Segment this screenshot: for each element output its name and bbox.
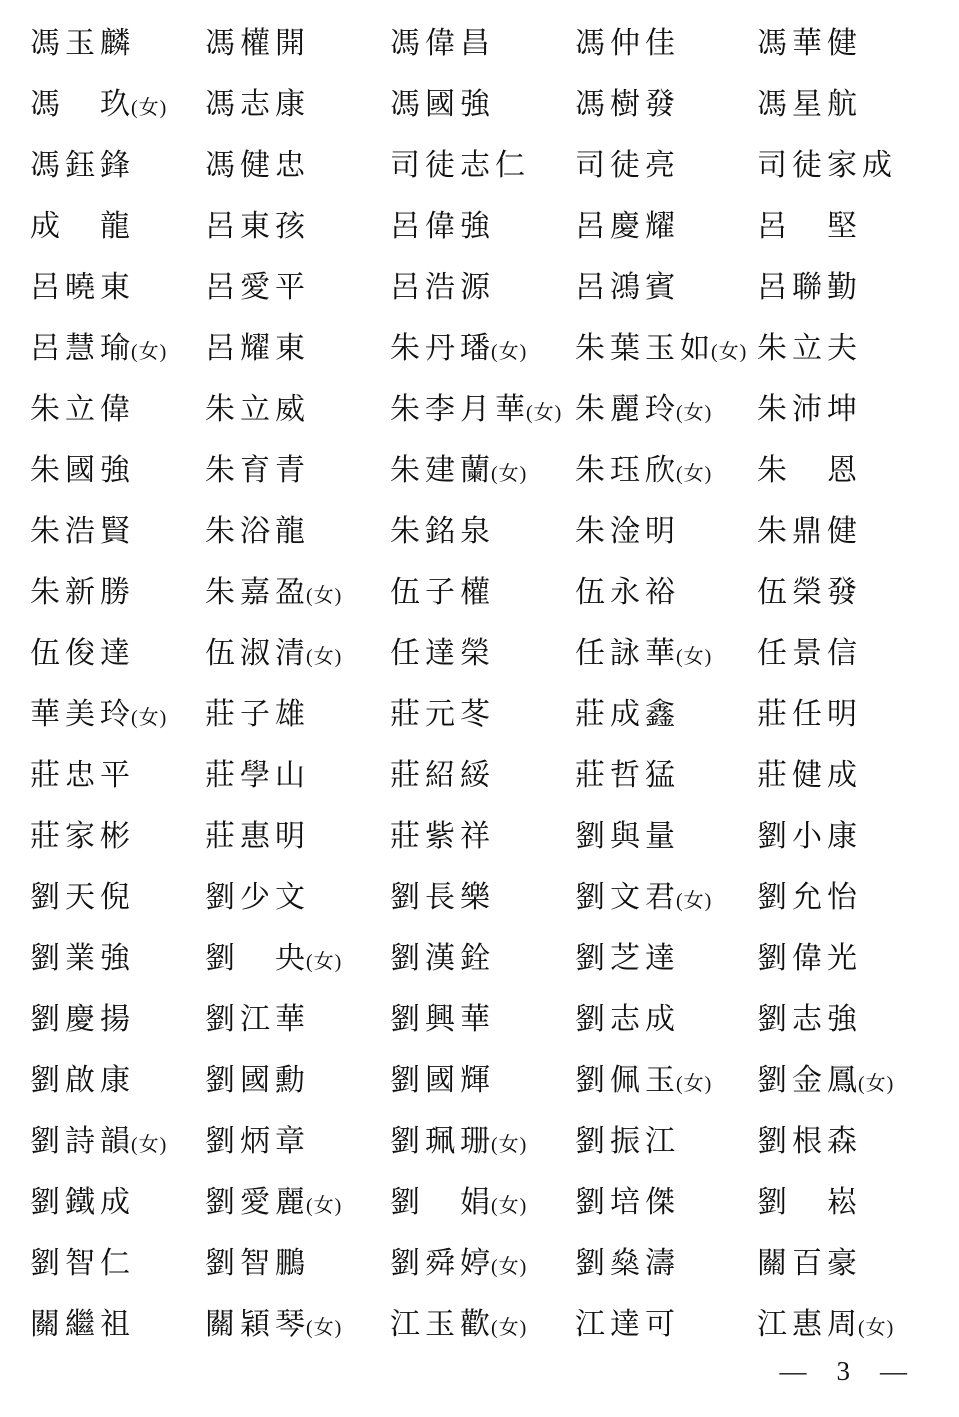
name-cell: 劉炳章 xyxy=(205,1116,390,1160)
person-name: 朱建蘭 xyxy=(390,454,495,487)
person-name: 馮華健 xyxy=(757,27,862,60)
person-name: 劉培傑 xyxy=(575,1186,680,1219)
female-marker: (女) xyxy=(306,646,342,668)
name-cell: 馮華健 xyxy=(757,18,959,62)
name-cell: 司徒亮 xyxy=(575,140,757,184)
name-cell: 呂慧瑜(女) xyxy=(30,323,205,367)
name-row: 劉鐵成劉愛麗(女)劉 娟(女)劉培傑劉 崧 xyxy=(30,1168,959,1229)
name-row: 劉啟康劉國勳劉國輝劉佩玉(女)劉金鳳(女) xyxy=(30,1046,959,1107)
name-cell: 朱建蘭(女) xyxy=(390,445,575,489)
female-marker: (女) xyxy=(491,1134,527,1156)
person-name: 劉金鳳 xyxy=(757,1064,862,1097)
name-row: 朱新勝朱嘉盈(女)伍子權伍永裕伍榮發 xyxy=(30,558,959,619)
name-cell: 朱浴龍 xyxy=(205,506,390,550)
person-name: 伍子權 xyxy=(390,576,495,609)
person-name: 江玉歡 xyxy=(390,1308,495,1341)
name-cell: 劉小康 xyxy=(757,811,959,855)
name-cell: 劉愛麗(女) xyxy=(205,1177,390,1221)
person-name: 馮健忠 xyxy=(205,149,310,182)
name-cell: 莊元苳 xyxy=(390,689,575,733)
person-name: 任達榮 xyxy=(390,637,495,670)
person-name: 劉啟康 xyxy=(30,1064,135,1097)
person-name: 呂慶耀 xyxy=(575,210,680,243)
name-cell: 呂慶耀 xyxy=(575,201,757,245)
person-name: 劉長樂 xyxy=(390,881,495,914)
name-cell: 關百豪 xyxy=(757,1238,959,1282)
person-name: 朱鼎健 xyxy=(757,515,862,548)
person-name: 朱立威 xyxy=(205,393,310,426)
person-name: 江惠周 xyxy=(757,1308,862,1341)
name-cell: 劉 崧 xyxy=(757,1177,959,1221)
name-cell: 劉江華 xyxy=(205,994,390,1038)
person-name: 莊忠平 xyxy=(30,759,135,792)
name-cell: 朱丹璠(女) xyxy=(390,323,575,367)
person-name: 伍俊達 xyxy=(30,637,135,670)
person-name: 呂聯勤 xyxy=(757,271,862,304)
female-marker: (女) xyxy=(676,402,712,424)
name-cell: 伍淑清(女) xyxy=(205,628,390,672)
name-cell: 劉 娟(女) xyxy=(390,1177,575,1221)
person-name: 呂耀東 xyxy=(205,332,310,365)
person-name: 劉詩韻 xyxy=(30,1125,135,1158)
female-marker: (女) xyxy=(491,1317,527,1339)
female-marker: (女) xyxy=(491,1195,527,1217)
name-cell: 朱麗玲(女) xyxy=(575,384,757,428)
name-cell: 呂鴻賓 xyxy=(575,262,757,306)
name-cell: 馮仲佳 xyxy=(575,18,757,62)
name-cell: 伍俊達 xyxy=(30,628,205,672)
person-name: 司徒志仁 xyxy=(390,149,530,182)
name-cell: 伍榮發 xyxy=(757,567,959,611)
name-cell: 司徒志仁 xyxy=(390,140,575,184)
person-name: 劉燊濤 xyxy=(575,1247,680,1280)
name-cell: 馮健忠 xyxy=(205,140,390,184)
person-name: 劉舜婷 xyxy=(390,1247,495,1280)
name-cell: 劉國輝 xyxy=(390,1055,575,1099)
name-row: 華美玲(女)莊子雄莊元苳莊成鑫莊任明 xyxy=(30,680,959,741)
person-name: 江達可 xyxy=(575,1308,680,1341)
name-cell: 劉文君(女) xyxy=(575,872,757,916)
name-cell: 呂曉東 xyxy=(30,262,205,306)
name-cell: 朱立威 xyxy=(205,384,390,428)
name-cell: 朱鼎健 xyxy=(757,506,959,550)
person-name: 朱李月華 xyxy=(390,393,530,426)
person-name: 馮國強 xyxy=(390,88,495,121)
name-cell: 馮星航 xyxy=(757,79,959,123)
female-marker: (女) xyxy=(491,1256,527,1278)
name-cell: 莊子雄 xyxy=(205,689,390,733)
person-name: 朱銘泉 xyxy=(390,515,495,548)
name-cell: 劉興華 xyxy=(390,994,575,1038)
person-name: 司徒亮 xyxy=(575,149,680,182)
name-cell: 劉根森 xyxy=(757,1116,959,1160)
name-row: 劉智仁劉智鵬劉舜婷(女)劉燊濤關百豪 xyxy=(30,1229,959,1290)
name-row: 劉慶揚劉江華劉興華劉志成劉志強 xyxy=(30,985,959,1046)
name-row: 馮玉麟馮權開馮偉昌馮仲佳馮華健 xyxy=(30,9,959,70)
person-name: 馮 玖 xyxy=(30,88,135,121)
female-marker: (女) xyxy=(306,1195,342,1217)
person-name: 莊學山 xyxy=(205,759,310,792)
name-cell: 劉培傑 xyxy=(575,1177,757,1221)
person-name: 劉志強 xyxy=(757,1003,862,1036)
name-cell: 呂愛平 xyxy=(205,262,390,306)
name-row: 莊家彬莊惠明莊紫祥劉與量劉小康 xyxy=(30,802,959,863)
name-row: 朱浩賢朱浴龍朱銘泉朱淦明朱鼎健 xyxy=(30,497,959,558)
person-name: 劉志成 xyxy=(575,1003,680,1036)
person-name: 劉智鵬 xyxy=(205,1247,310,1280)
name-cell: 司徒家成 xyxy=(757,140,959,184)
name-cell: 莊紹綏 xyxy=(390,750,575,794)
name-cell: 朱葉玉如(女) xyxy=(575,323,757,367)
person-name: 馮鈺鋒 xyxy=(30,149,135,182)
person-name: 莊元苳 xyxy=(390,698,495,731)
name-cell: 莊家彬 xyxy=(30,811,205,855)
female-marker: (女) xyxy=(131,707,167,729)
person-name: 劉天倪 xyxy=(30,881,135,914)
person-name: 莊健成 xyxy=(757,759,862,792)
person-name: 莊紹綏 xyxy=(390,759,495,792)
person-name: 呂曉東 xyxy=(30,271,135,304)
footer-right-dash: — xyxy=(880,1356,907,1387)
name-cell: 伍永裕 xyxy=(575,567,757,611)
page-footer: — 3 — xyxy=(780,1356,908,1387)
person-name: 呂鴻賓 xyxy=(575,271,680,304)
person-name: 華美玲 xyxy=(30,698,135,731)
name-cell: 馮 玖(女) xyxy=(30,79,205,123)
person-name: 劉國輝 xyxy=(390,1064,495,1097)
female-marker: (女) xyxy=(306,585,342,607)
person-name: 劉興華 xyxy=(390,1003,495,1036)
name-cell: 朱嘉盈(女) xyxy=(205,567,390,611)
name-cell: 呂東孩 xyxy=(205,201,390,245)
name-cell: 劉鐵成 xyxy=(30,1177,205,1221)
person-name: 劉珮珊 xyxy=(390,1125,495,1158)
person-name: 呂慧瑜 xyxy=(30,332,135,365)
name-row: 關繼祖關穎琴(女)江玉歡(女)江達可江惠周(女) xyxy=(30,1290,959,1351)
person-name: 莊成鑫 xyxy=(575,698,680,731)
name-list-page: 馮玉麟馮權開馮偉昌馮仲佳馮華健馮 玖(女)馮志康馮國強馮樹發馮星航馮鈺鋒馮健忠司… xyxy=(0,0,959,1417)
person-name: 莊任明 xyxy=(757,698,862,731)
name-cell: 莊惠明 xyxy=(205,811,390,855)
person-name: 呂浩源 xyxy=(390,271,495,304)
name-cell: 江惠周(女) xyxy=(757,1299,959,1343)
name-cell: 莊成鑫 xyxy=(575,689,757,733)
name-row: 朱國強朱育青朱建蘭(女)朱珏欣(女)朱 恩 xyxy=(30,436,959,497)
name-cell: 劉啟康 xyxy=(30,1055,205,1099)
name-row: 呂慧瑜(女)呂耀東朱丹璠(女)朱葉玉如(女)朱立夫 xyxy=(30,314,959,375)
name-cell: 呂聯勤 xyxy=(757,262,959,306)
name-cell: 任達榮 xyxy=(390,628,575,672)
name-row: 成 龍呂東孩呂偉強呂慶耀呂 堅 xyxy=(30,192,959,253)
person-name: 劉與量 xyxy=(575,820,680,853)
person-name: 劉文君 xyxy=(575,881,680,914)
name-cell: 朱國強 xyxy=(30,445,205,489)
female-marker: (女) xyxy=(711,341,747,363)
person-name: 朱嘉盈 xyxy=(205,576,310,609)
female-marker: (女) xyxy=(676,1073,712,1095)
name-cell: 華美玲(女) xyxy=(30,689,205,733)
name-cell: 馮樹發 xyxy=(575,79,757,123)
person-name: 劉業強 xyxy=(30,942,135,975)
person-name: 馮權開 xyxy=(205,27,310,60)
name-cell: 任景信 xyxy=(757,628,959,672)
name-cell: 朱沛坤 xyxy=(757,384,959,428)
person-name: 朱 恩 xyxy=(757,454,862,487)
person-name: 成 龍 xyxy=(30,210,135,243)
name-cell: 伍子權 xyxy=(390,567,575,611)
person-name: 伍榮發 xyxy=(757,576,862,609)
name-cell: 朱立夫 xyxy=(757,323,959,367)
name-cell: 劉智鵬 xyxy=(205,1238,390,1282)
person-name: 伍淑清 xyxy=(205,637,310,670)
person-name: 劉少文 xyxy=(205,881,310,914)
name-row: 劉天倪劉少文劉長樂劉文君(女)劉允怡 xyxy=(30,863,959,924)
person-name: 劉小康 xyxy=(757,820,862,853)
person-name: 劉偉光 xyxy=(757,942,862,975)
person-name: 劉江華 xyxy=(205,1003,310,1036)
female-marker: (女) xyxy=(306,951,342,973)
name-cell: 莊哲猛 xyxy=(575,750,757,794)
person-name: 朱沛坤 xyxy=(757,393,862,426)
female-marker: (女) xyxy=(491,341,527,363)
name-cell: 朱李月華(女) xyxy=(390,384,575,428)
name-cell: 馮鈺鋒 xyxy=(30,140,205,184)
person-name: 劉 央 xyxy=(205,942,310,975)
name-cell: 劉與量 xyxy=(575,811,757,855)
person-name: 朱丹璠 xyxy=(390,332,495,365)
name-cell: 成 龍 xyxy=(30,201,205,245)
name-cell: 劉舜婷(女) xyxy=(390,1238,575,1282)
person-name: 呂 堅 xyxy=(757,210,862,243)
person-name: 莊家彬 xyxy=(30,820,135,853)
name-cell: 劉少文 xyxy=(205,872,390,916)
name-cell: 朱育青 xyxy=(205,445,390,489)
name-cell: 任詠華(女) xyxy=(575,628,757,672)
name-cell: 劉佩玉(女) xyxy=(575,1055,757,1099)
person-name: 馮星航 xyxy=(757,88,862,121)
person-name: 劉智仁 xyxy=(30,1247,135,1280)
name-cell: 馮志康 xyxy=(205,79,390,123)
name-cell: 劉詩韻(女) xyxy=(30,1116,205,1160)
person-name: 朱新勝 xyxy=(30,576,135,609)
name-cell: 劉芝達 xyxy=(575,933,757,977)
name-row: 馮 玖(女)馮志康馮國強馮樹發馮星航 xyxy=(30,70,959,131)
person-name: 朱淦明 xyxy=(575,515,680,548)
person-name: 劉根森 xyxy=(757,1125,862,1158)
female-marker: (女) xyxy=(858,1073,894,1095)
name-cell: 朱立偉 xyxy=(30,384,205,428)
person-name: 關穎琴 xyxy=(205,1308,310,1341)
name-cell: 劉志成 xyxy=(575,994,757,1038)
person-name: 劉芝達 xyxy=(575,942,680,975)
name-cell: 莊健成 xyxy=(757,750,959,794)
name-cell: 馮偉昌 xyxy=(390,18,575,62)
name-cell: 劉慶揚 xyxy=(30,994,205,1038)
name-cell: 劉 央(女) xyxy=(205,933,390,977)
female-marker: (女) xyxy=(131,1134,167,1156)
name-cell: 劉偉光 xyxy=(757,933,959,977)
name-cell: 朱浩賢 xyxy=(30,506,205,550)
name-cell: 朱珏欣(女) xyxy=(575,445,757,489)
name-cell: 莊忠平 xyxy=(30,750,205,794)
page-number: 3 xyxy=(837,1356,851,1387)
name-cell: 莊任明 xyxy=(757,689,959,733)
female-marker: (女) xyxy=(676,890,712,912)
person-name: 伍永裕 xyxy=(575,576,680,609)
person-name: 朱浩賢 xyxy=(30,515,135,548)
name-cell: 馮玉麟 xyxy=(30,18,205,62)
person-name: 莊紫祥 xyxy=(390,820,495,853)
name-row: 馮鈺鋒馮健忠司徒志仁司徒亮司徒家成 xyxy=(30,131,959,192)
name-cell: 朱新勝 xyxy=(30,567,205,611)
person-name: 馮偉昌 xyxy=(390,27,495,60)
name-cell: 劉國勳 xyxy=(205,1055,390,1099)
female-marker: (女) xyxy=(491,463,527,485)
person-name: 劉佩玉 xyxy=(575,1064,680,1097)
name-cell: 呂 堅 xyxy=(757,201,959,245)
person-name: 司徒家成 xyxy=(757,149,897,182)
person-name: 馮玉麟 xyxy=(30,27,135,60)
name-cell: 劉漢銓 xyxy=(390,933,575,977)
name-cell: 關繼祖 xyxy=(30,1299,205,1343)
person-name: 關百豪 xyxy=(757,1247,862,1280)
name-cell: 朱 恩 xyxy=(757,445,959,489)
name-cell: 劉金鳳(女) xyxy=(757,1055,959,1099)
name-cell: 朱淦明 xyxy=(575,506,757,550)
person-name: 劉漢銓 xyxy=(390,942,495,975)
name-row: 劉詩韻(女)劉炳章劉珮珊(女)劉振江劉根森 xyxy=(30,1107,959,1168)
name-cell: 劉振江 xyxy=(575,1116,757,1160)
person-name: 劉慶揚 xyxy=(30,1003,135,1036)
footer-left-dash: — xyxy=(780,1356,807,1387)
person-name: 呂愛平 xyxy=(205,271,310,304)
person-name: 任景信 xyxy=(757,637,862,670)
person-name: 劉愛麗 xyxy=(205,1186,310,1219)
person-name: 莊惠明 xyxy=(205,820,310,853)
female-marker: (女) xyxy=(676,463,712,485)
name-cell: 呂浩源 xyxy=(390,262,575,306)
person-name: 劉鐵成 xyxy=(30,1186,135,1219)
person-name: 劉允怡 xyxy=(757,881,862,914)
person-name: 劉 崧 xyxy=(757,1186,862,1219)
person-name: 朱珏欣 xyxy=(575,454,680,487)
name-cell: 呂偉強 xyxy=(390,201,575,245)
person-name: 呂東孩 xyxy=(205,210,310,243)
name-row: 莊忠平莊學山莊紹綏莊哲猛莊健成 xyxy=(30,741,959,802)
name-cell: 江玉歡(女) xyxy=(390,1299,575,1343)
person-name: 朱國強 xyxy=(30,454,135,487)
person-name: 朱麗玲 xyxy=(575,393,680,426)
name-cell: 劉志強 xyxy=(757,994,959,1038)
name-cell: 莊學山 xyxy=(205,750,390,794)
person-name: 劉炳章 xyxy=(205,1125,310,1158)
name-cell: 莊紫祥 xyxy=(390,811,575,855)
female-marker: (女) xyxy=(858,1317,894,1339)
person-name: 任詠華 xyxy=(575,637,680,670)
person-name: 朱立偉 xyxy=(30,393,135,426)
person-name: 劉 娟 xyxy=(390,1186,495,1219)
person-name: 朱浴龍 xyxy=(205,515,310,548)
female-marker: (女) xyxy=(676,646,712,668)
female-marker: (女) xyxy=(306,1317,342,1339)
person-name: 關繼祖 xyxy=(30,1308,135,1341)
female-marker: (女) xyxy=(526,402,562,424)
name-cell: 呂耀東 xyxy=(205,323,390,367)
person-name: 馮仲佳 xyxy=(575,27,680,60)
name-cell: 馮國強 xyxy=(390,79,575,123)
name-cell: 劉燊濤 xyxy=(575,1238,757,1282)
name-grid: 馮玉麟馮權開馮偉昌馮仲佳馮華健馮 玖(女)馮志康馮國強馮樹發馮星航馮鈺鋒馮健忠司… xyxy=(0,0,959,1351)
name-cell: 劉長樂 xyxy=(390,872,575,916)
person-name: 劉國勳 xyxy=(205,1064,310,1097)
person-name: 馮樹發 xyxy=(575,88,680,121)
name-cell: 劉珮珊(女) xyxy=(390,1116,575,1160)
name-row: 朱立偉朱立威朱李月華(女)朱麗玲(女)朱沛坤 xyxy=(30,375,959,436)
person-name: 朱立夫 xyxy=(757,332,862,365)
name-cell: 江達可 xyxy=(575,1299,757,1343)
female-marker: (女) xyxy=(131,341,167,363)
name-cell: 關穎琴(女) xyxy=(205,1299,390,1343)
female-marker: (女) xyxy=(131,97,167,119)
name-cell: 朱銘泉 xyxy=(390,506,575,550)
person-name: 莊哲猛 xyxy=(575,759,680,792)
person-name: 朱葉玉如 xyxy=(575,332,715,365)
name-cell: 劉天倪 xyxy=(30,872,205,916)
name-cell: 劉允怡 xyxy=(757,872,959,916)
person-name: 莊子雄 xyxy=(205,698,310,731)
name-row: 伍俊達伍淑清(女)任達榮任詠華(女)任景信 xyxy=(30,619,959,680)
name-cell: 馮權開 xyxy=(205,18,390,62)
person-name: 馮志康 xyxy=(205,88,310,121)
person-name: 呂偉強 xyxy=(390,210,495,243)
name-row: 劉業強劉 央(女)劉漢銓劉芝達劉偉光 xyxy=(30,924,959,985)
name-row: 呂曉東呂愛平呂浩源呂鴻賓呂聯勤 xyxy=(30,253,959,314)
person-name: 朱育青 xyxy=(205,454,310,487)
name-cell: 劉智仁 xyxy=(30,1238,205,1282)
person-name: 劉振江 xyxy=(575,1125,680,1158)
name-cell: 劉業強 xyxy=(30,933,205,977)
